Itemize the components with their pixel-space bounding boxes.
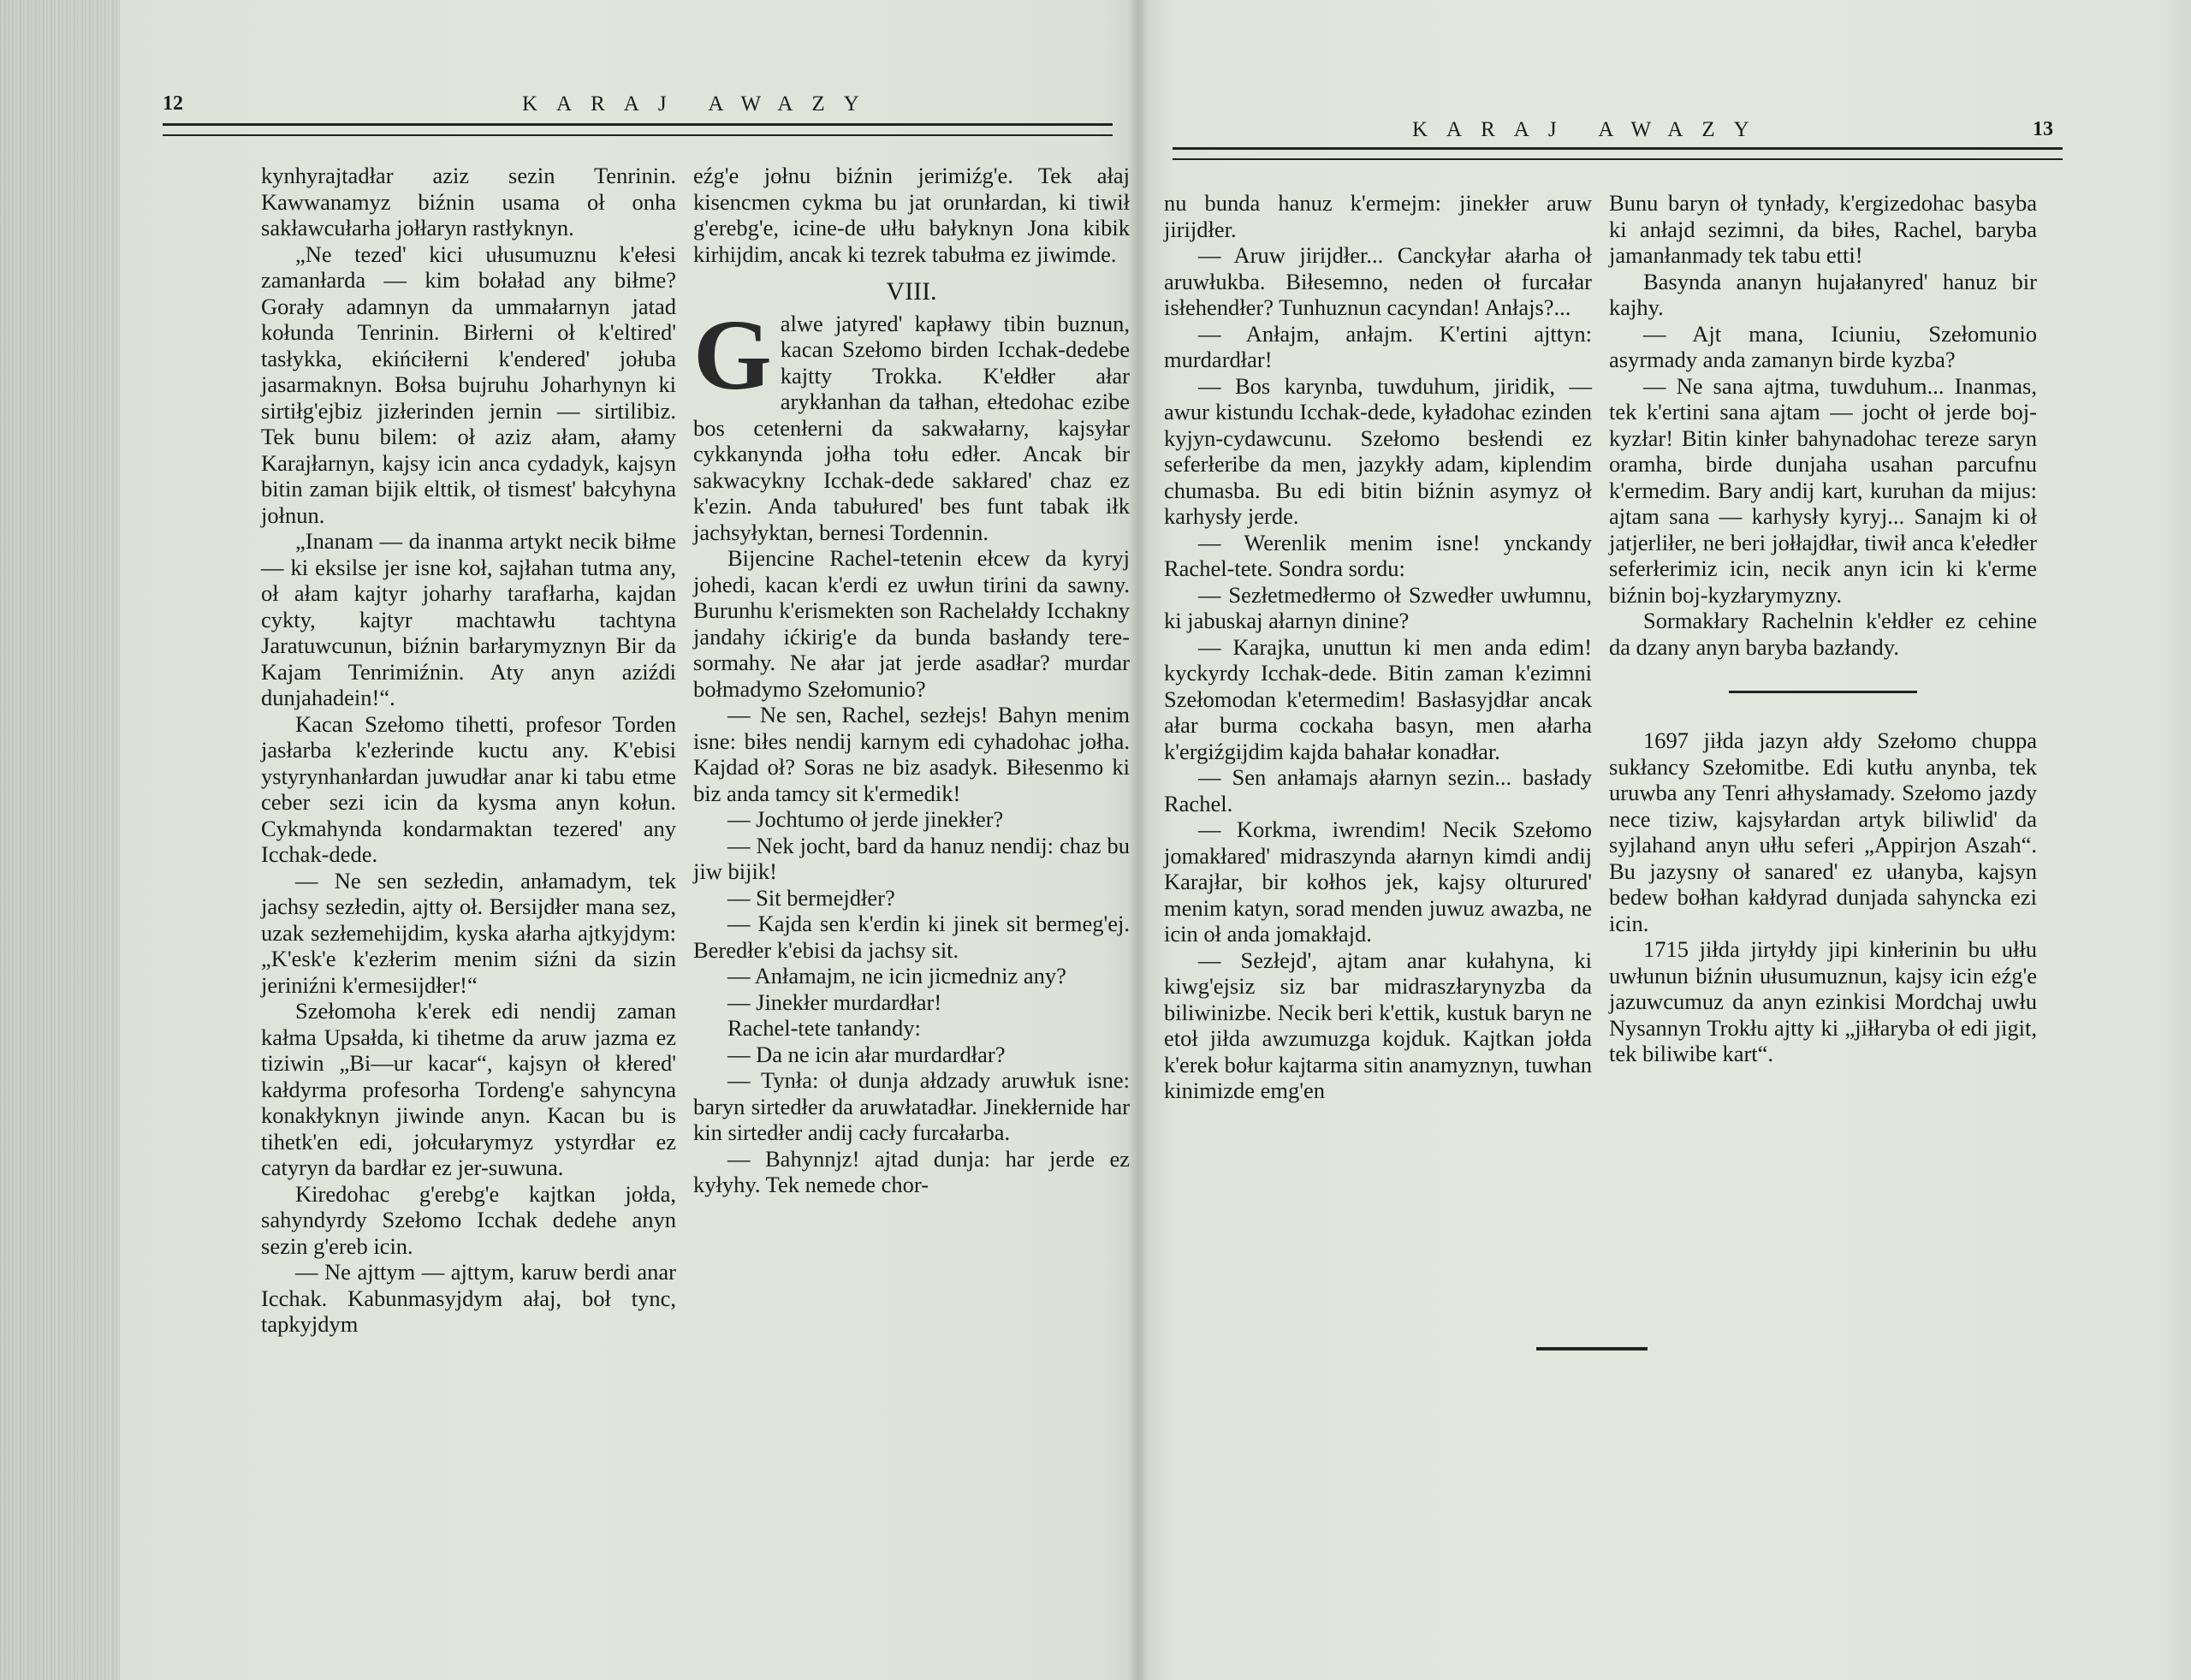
running-head-right: KARAJ AWAZY 13 (1155, 118, 2080, 152)
paragraph: Szełomoha k'erek edi nendij zaman kałma … (261, 998, 676, 1181)
paragraph: — Tynła: oł dunja ałdzady aruwłuk isne: … (693, 1067, 1130, 1146)
paragraph: Sormakłary Rachelnin k'ełdłer ez cehine … (1609, 608, 2037, 660)
right-column-1: nu bunda hanuz k'ermejm: jinekłer aruw j… (1164, 190, 1592, 1104)
paragraph: — Nek jocht, bard da hanuz nendij: chaz … (693, 833, 1130, 885)
paragraph: — Da ne icin ałar murdardłar? (693, 1042, 1130, 1068)
section-separator-rule (1729, 691, 1917, 693)
page-edges (0, 0, 120, 1680)
right-column-2: Bunu baryn oł tynłady, k'ergizedohac bas… (1609, 190, 2037, 1067)
paragraph: „Ne tezed' kici ułusumuznu k'ełesi zaman… (261, 241, 676, 529)
paragraph: Rachel-tete tanłandy: (693, 1015, 1130, 1042)
running-title-left: KARAJ AWAZY (522, 92, 878, 116)
book-spread: 12 KARAJ AWAZY kynhyrajtadłar aziz sezin… (0, 0, 2191, 1680)
paragraph: Bunu baryn oł tynłady, k'ergizedohac bas… (1609, 190, 2037, 269)
double-rule-left (163, 123, 1113, 136)
paragraph: — Jinekłer murdardłar! (693, 989, 1130, 1016)
paragraph: nu bunda hanuz k'ermejm: jinekłer aruw j… (1164, 190, 1592, 242)
paragraph: — Ne sana ajtma, tuwduhum... Inanmas, te… (1609, 373, 2037, 608)
paragraph: — Sit bermejdłer? (693, 885, 1130, 911)
paragraph: — Sezłejd', ajtam anar kułahyna, ki kiwg… (1164, 947, 1592, 1104)
paragraph: — Ajt mana, Iciuniu, Szełomunio asyrmady… (1609, 321, 2037, 373)
paragraph: — Anłajm, anłajm. K'ertini ajttyn: murda… (1164, 321, 1592, 373)
paragraph: — Ne sen, Rachel, sezłejs! Bahyn menim i… (693, 702, 1130, 806)
book-gutter (1128, 0, 1149, 1680)
paragraph: „Inanam — da inanma artykt necik biłme —… (261, 528, 676, 711)
left-column-1: kynhyrajtadłar aziz sezin Tenrinin. Kaww… (261, 163, 676, 1338)
paragraph: — Jochtumo oł jerde jinekłer? (693, 806, 1130, 833)
paragraph: 1697 jiłda jazyn ałdy Szełomo chuppa suk… (1609, 727, 2037, 936)
paragraph: — Werenlik menim isne! ynckandy Rachel-t… (1164, 530, 1592, 582)
paragraph: — Karajka, unuttun ki men anda edim! kyc… (1164, 634, 1592, 765)
paragraph: — Sezłetmedłermo oł Szwedłer uwłumnu, ki… (1164, 582, 1592, 634)
paragraph: — Ne ajttym — ajttym, karuw berdi anar I… (261, 1259, 676, 1338)
paragraph: Bijencine Rachel-tetenin ełcew da kyryj … (693, 545, 1130, 702)
paragraph: — Aruw jirijdłer... Canckyłar ałarha oł … (1164, 242, 1592, 321)
paragraph: — Kajda sen k'erdin ki jinek sit bermeg'… (693, 911, 1130, 963)
page-number-left: 12 (163, 92, 183, 116)
running-head-left: 12 KARAJ AWAZY (154, 92, 1130, 127)
paragraph: — Bahynnjz! ajtad dunja: har jerde ez ky… (693, 1146, 1130, 1198)
paragraph: Basynda ananyn hujałanyred' hanuz bir ka… (1609, 269, 2037, 321)
paragraph: — Anłamajm, ne icin jicmedniz any? (693, 963, 1130, 989)
paragraph: — Sen anłamajs ałarnyn sezin... basłady … (1164, 764, 1592, 816)
paragraph: — Korkma, iwrendim! Necik Szełomo jomakł… (1164, 816, 1592, 947)
chapter-opening: Galwe jatyred' kapławy tibin buznun, kac… (693, 311, 1130, 546)
page-number-right: 13 (2033, 118, 2053, 141)
paragraph: eźg'e jołnu biźnin jerimiźg'e. Tek ałaj … (693, 163, 1130, 267)
running-title-right: KARAJ AWAZY (1412, 118, 1768, 142)
paragraph: — Ne sen sezłedin, anłamadym, tek jachsy… (261, 868, 676, 999)
double-rule-right (1173, 147, 2063, 160)
paragraph: 1715 jiłda jirtyłdy jipi kinłerinin bu u… (1609, 936, 2037, 1067)
drop-cap: G (693, 314, 772, 396)
paragraph: kynhyrajtadłar aziz sezin Tenrinin. Kaww… (261, 163, 676, 241)
left-column-2: eźg'e jołnu biźnin jerimiźg'e. Tek ałaj … (693, 163, 1130, 1198)
paragraph: — Bos karynba, tuwduhum, jiridik, — awur… (1164, 373, 1592, 530)
end-rule (1536, 1347, 1648, 1351)
paragraph: Kiredohac g'erebg'e kajtkan jołda, sahyn… (261, 1181, 676, 1260)
paragraph: Kacan Szełomo tihetti, profesor Torden j… (261, 711, 676, 868)
